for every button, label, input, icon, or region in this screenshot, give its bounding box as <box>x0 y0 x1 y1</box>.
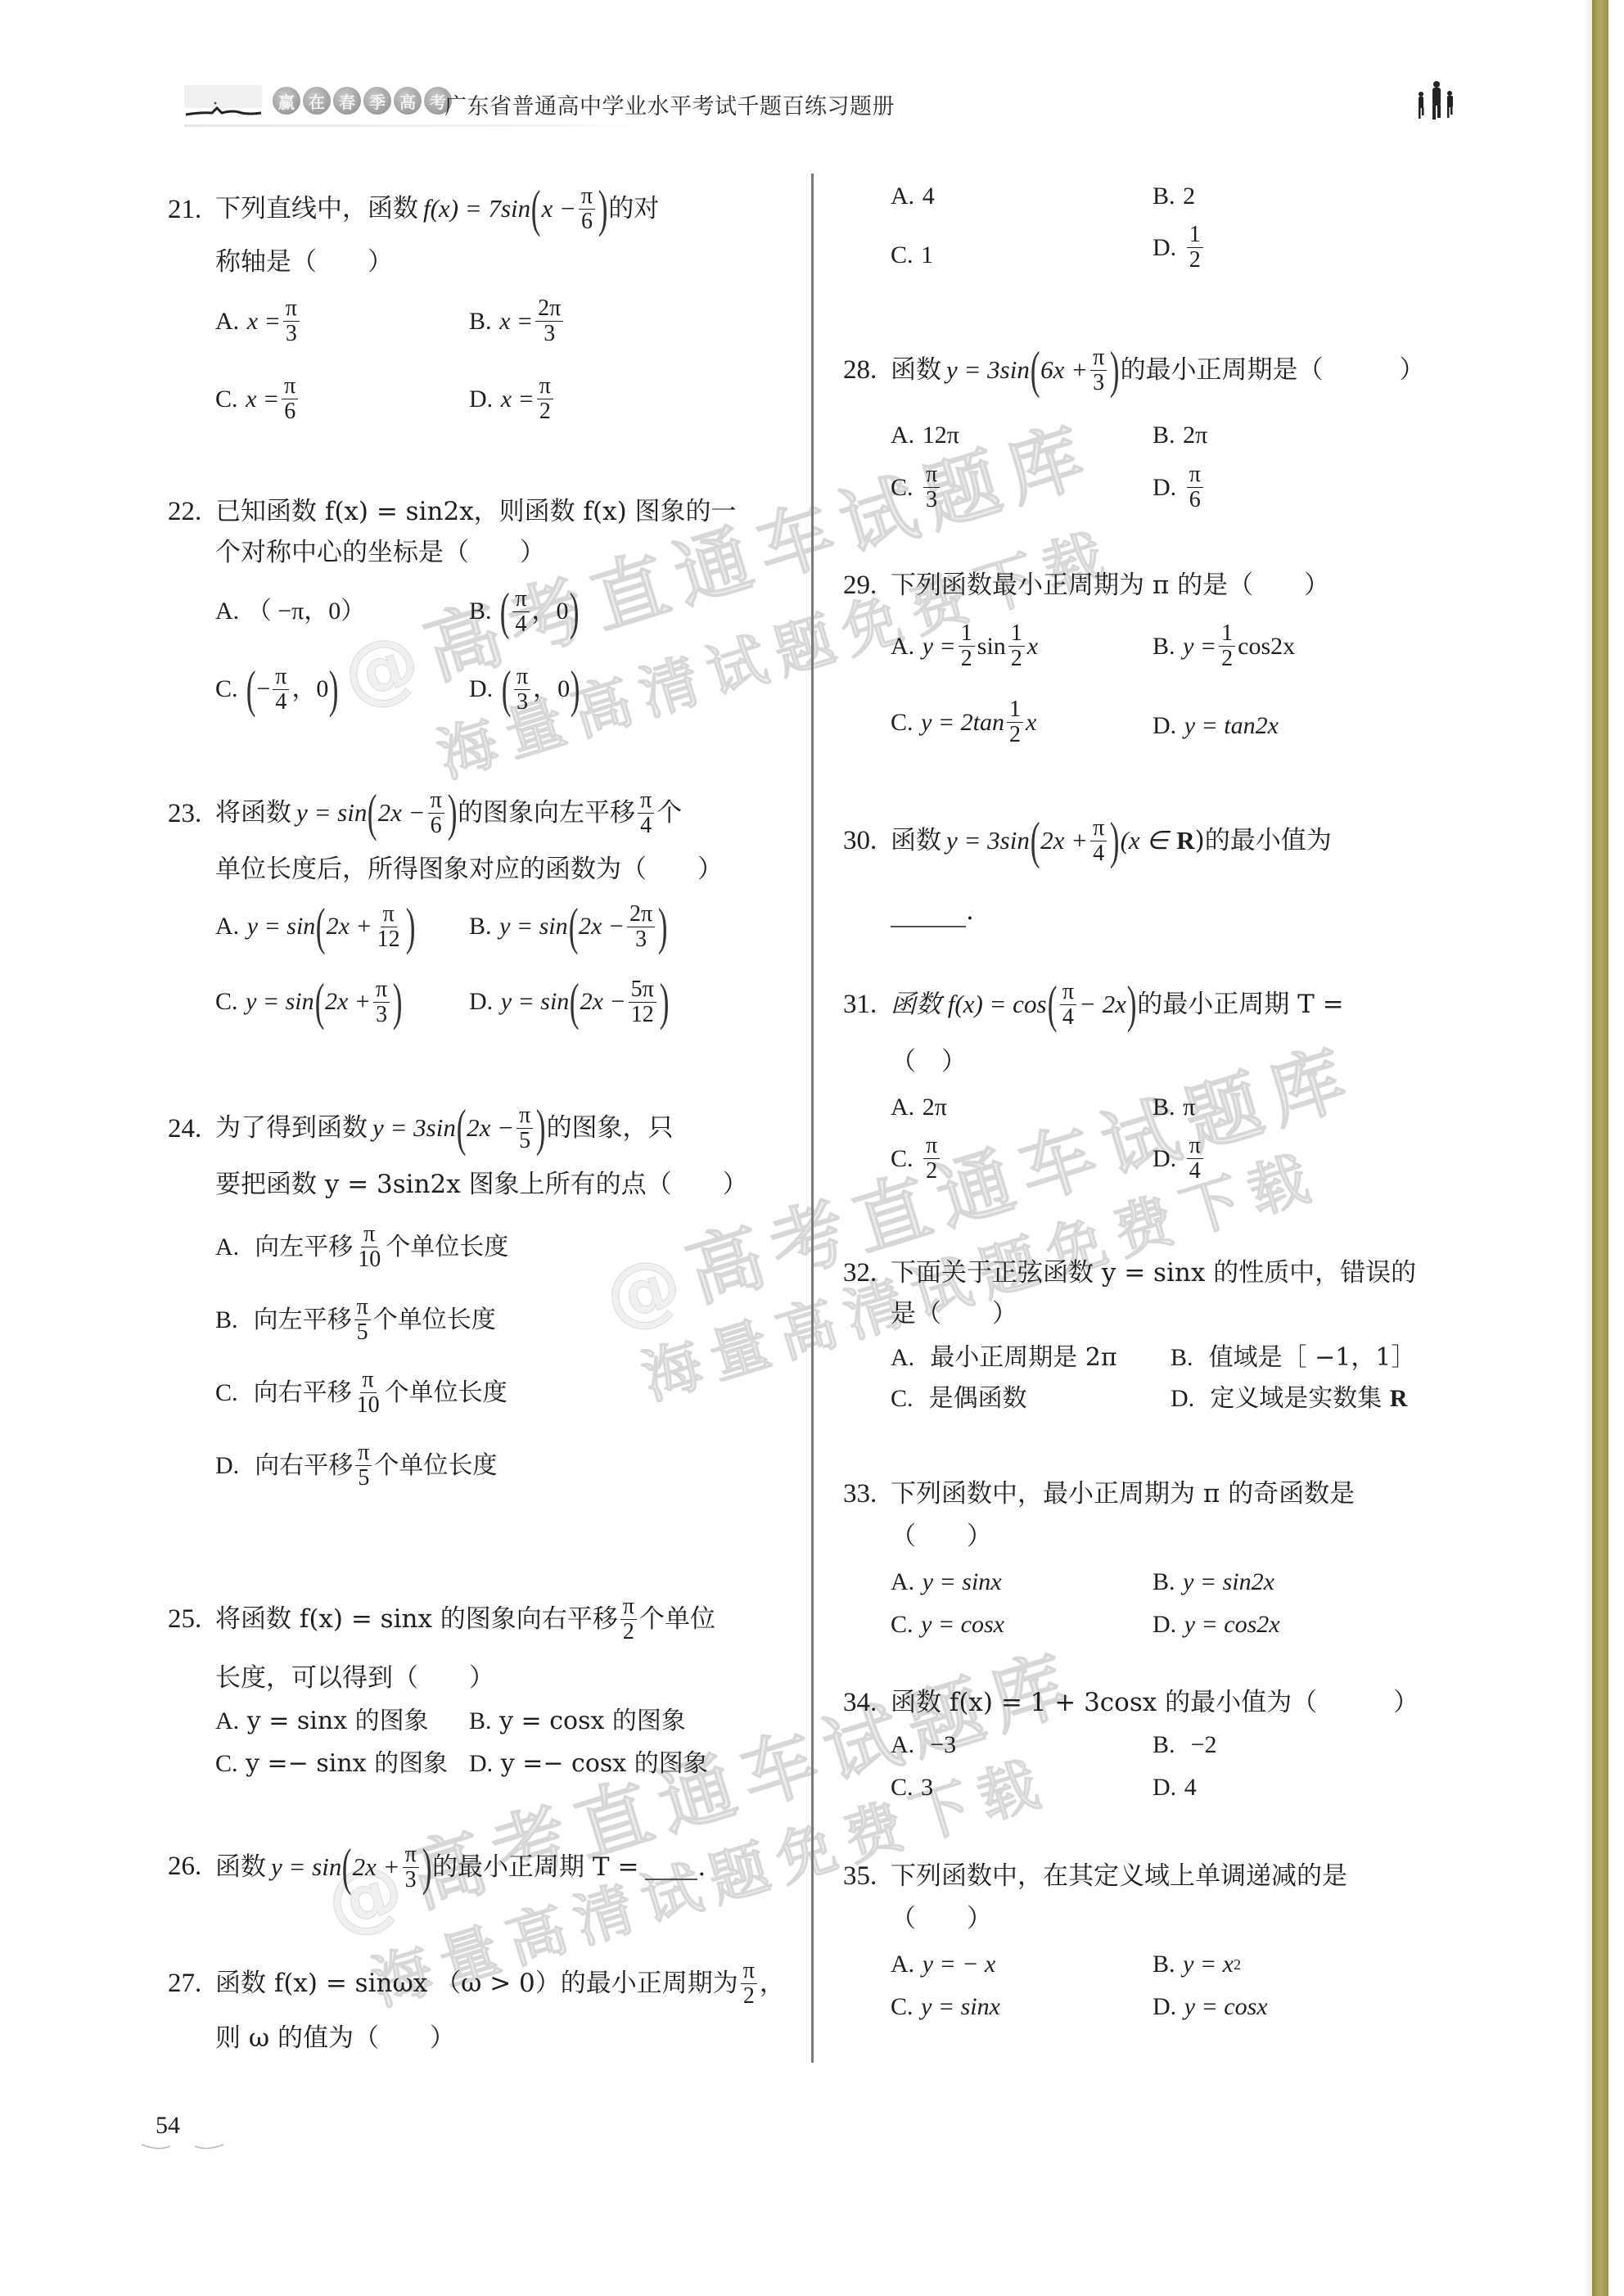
fraction-numerator: 1 <box>1187 223 1203 248</box>
text-segment: y = <box>1183 630 1216 663</box>
text-segment: 将函数 f(x) = sinx 的图象向右平移 <box>215 1603 618 1635</box>
fraction-numerator: π <box>403 1843 419 1868</box>
option-a[interactable]: A. 向左平移 π10个单位长度 <box>215 1222 508 1272</box>
fraction: 12 <box>1187 223 1203 273</box>
text-segment: D. <box>1153 1143 1176 1175</box>
option-d[interactable]: D. 12 <box>1153 223 1206 273</box>
text-segment: C. <box>891 239 913 272</box>
fraction-numerator: π <box>537 374 553 399</box>
text-segment: y = 2tan <box>921 706 1004 739</box>
header-badges: 赢 在 春 季 高 考 <box>273 87 454 115</box>
text-segment: y = <box>923 630 956 663</box>
option-c[interactable]: C. 3 <box>891 1771 933 1804</box>
text-segment: （ −π，0） <box>247 595 366 628</box>
fraction-numerator: π <box>517 1103 533 1129</box>
text-segment: ，0 <box>291 673 328 706</box>
icon-graphic <box>186 108 261 115</box>
question-30: 30. 函数 y = 3sin (2x + π4 ) (x ∈ R)的最小值为 … <box>843 814 1547 929</box>
icon-graphic <box>1450 106 1453 115</box>
option-c[interactable]: C. π2 <box>891 1134 942 1184</box>
text-segment: （ ） <box>891 1045 967 1078</box>
text-segment: 2x − <box>580 986 626 1018</box>
text-segment: 为了得到函数 <box>215 1112 368 1144</box>
fraction: π10 <box>354 1368 382 1418</box>
fraction: π3 <box>373 977 390 1027</box>
text-segment: 4 <box>1184 1771 1197 1804</box>
text-segment: y = sin <box>296 796 367 829</box>
fraction: 12 <box>1219 621 1235 671</box>
question-stem-line: 已知函数 f(x) = sin2x，则函数 f(x) 图象的一 <box>215 495 737 528</box>
text-segment: A. <box>891 180 914 213</box>
fraction: 12 <box>1007 697 1023 747</box>
icon-graphic <box>1447 106 1450 118</box>
fraction-denominator: 2 <box>620 1620 637 1644</box>
option-a[interactable]: A. x = π3 <box>215 296 302 346</box>
text-segment: C. <box>891 1991 913 2023</box>
fraction: π5 <box>354 1295 371 1345</box>
option-d[interactable]: D. y = cos2x <box>1153 1608 1280 1641</box>
question-number: 23. <box>168 797 201 830</box>
text-segment: A. <box>215 305 239 338</box>
text-segment: x = <box>247 305 281 338</box>
fraction-numerator: π <box>428 788 444 814</box>
text-segment: π <box>1183 1091 1195 1124</box>
text-segment: B. <box>1153 1729 1175 1761</box>
fraction-numerator: π <box>923 462 940 488</box>
parenthesis: ( <box>368 787 377 839</box>
fraction: 5π12 <box>629 977 656 1027</box>
fraction-numerator: π <box>638 788 654 814</box>
text-segment: 2π <box>1183 419 1207 452</box>
text-segment: D. <box>1153 471 1176 504</box>
text-segment: 的图象，只 <box>547 1112 674 1144</box>
option-b[interactable]: B. 2π <box>1153 419 1207 452</box>
parenthesis: ) <box>658 900 668 953</box>
text-segment: D. <box>469 986 493 1018</box>
fraction-numerator: π <box>514 665 530 690</box>
parenthesis: ( <box>316 900 326 953</box>
text-segment: A. <box>891 1948 914 1981</box>
fraction-denominator: 3 <box>514 690 530 715</box>
text-segment: y = cosx <box>1184 1991 1268 2023</box>
question-26: 26. 函数 y = sin (2x + π3 ) 的最小正周期 T = . <box>168 1842 790 1899</box>
option-b[interactable]: B. ( π4 ，0) <box>469 585 580 638</box>
fraction-denominator: 2 <box>1219 647 1235 671</box>
option-c[interactable]: C. π3 <box>891 462 942 512</box>
fraction-denominator: 3 <box>283 322 300 346</box>
answer-blank[interactable] <box>891 918 966 927</box>
option-a[interactable]: A. y = sin (2x + π12) <box>215 900 416 953</box>
header-badge: 赢 <box>273 87 300 115</box>
fraction: π4 <box>273 665 289 715</box>
fraction: π2 <box>537 374 553 424</box>
question-stem-line: 函数 f(x) = sinωx （ω > 0）的最小正周期为 π2 ， <box>215 1960 785 2006</box>
text-segment: A. <box>215 595 239 628</box>
text-segment: 2 <box>1183 180 1195 213</box>
fraction-denominator: 2 <box>1008 647 1025 671</box>
fraction-denominator: 10 <box>354 1393 382 1418</box>
question-stem-line: 函数 y = 3sin (6x + π3 ) 的最小正周期是（ ） <box>891 344 1425 396</box>
option-b[interactable]: B. y = cosx 的图象 <box>469 1705 686 1738</box>
icon-graphic <box>1437 105 1441 118</box>
text-segment: . <box>697 1851 706 1883</box>
question-34: 34. 函数 f(x) = 1 + 3cosx 的最小值为（ ） A. −3 B… <box>843 1686 1547 1809</box>
text-segment: D. <box>1171 1383 1194 1415</box>
question-stem-line: 要把函数 y = 3sin2x 图象上所有的点（ ） <box>215 1168 748 1201</box>
text-segment: A. <box>215 910 239 943</box>
fraction-numerator: π <box>579 184 595 210</box>
running-figures-icon <box>1412 78 1461 123</box>
icon-graphic <box>1447 96 1453 107</box>
text-segment: 的最小正周期 T = <box>1137 988 1343 1021</box>
option-d[interactable]: D. y = cosx <box>1153 1991 1268 2023</box>
answer-blank[interactable] <box>645 1854 697 1880</box>
fraction-denominator: 4 <box>512 612 529 637</box>
question-24: 24. 为了得到函数 y = 3sin (2x − π5 ) 的图象，只 要把函… <box>168 1101 790 1527</box>
option-a[interactable]: A. y = 12sin 12x <box>891 621 1038 671</box>
text-segment: （ ） <box>891 1520 992 1553</box>
option-d[interactable]: D. y = tan2x <box>1153 710 1279 742</box>
text-segment: 函数 <box>891 824 941 857</box>
text-segment: 的最小正周期 T = <box>432 1851 638 1883</box>
option-b[interactable]: B. 值域是［ −1，1］ <box>1171 1342 1415 1374</box>
text-segment: 2x − <box>579 910 625 943</box>
text-segment: 的图象向左平移 <box>458 796 635 829</box>
fraction-denominator: 2 <box>1007 723 1023 747</box>
text-segment: D. <box>1153 232 1176 264</box>
question-number: 31. <box>843 988 877 1021</box>
option-d[interactable]: D. 向右平移 π5个单位长度 <box>215 1441 497 1491</box>
parenthesis: ( <box>568 900 578 953</box>
option-b[interactable]: B. x = 2π3 <box>469 296 566 346</box>
parenthesis: ) <box>393 976 403 1028</box>
fraction-denominator: 10 <box>355 1247 383 1272</box>
text-segment: 1 <box>921 239 933 272</box>
text-segment: 2 <box>1234 1948 1241 1981</box>
text-segment: 将函数 <box>215 796 291 829</box>
fraction-numerator: π <box>1060 980 1076 1005</box>
text-segment: 函数 f(x) = cos <box>891 988 1047 1021</box>
text-segment: D. <box>215 1450 239 1482</box>
page-number-ornament-icon <box>138 2140 228 2152</box>
text-segment: 则 ω 的值为（ ） <box>215 2022 455 2055</box>
text-segment: 称轴是（ ） <box>215 246 393 278</box>
text-segment: C. <box>891 1771 913 1804</box>
text-segment: C. <box>891 706 913 739</box>
text-segment: y = − x <box>923 1948 996 1981</box>
option-d[interactable]: D. π6 <box>1153 462 1206 512</box>
parenthesis: ) <box>569 585 579 638</box>
option-b[interactable]: B. π <box>1153 1091 1195 1124</box>
option-a[interactable]: A. y = sinx 的图象 <box>215 1705 429 1738</box>
question-number: 29. <box>843 569 877 602</box>
option-b[interactable]: B. −2 <box>1153 1729 1217 1761</box>
text-segment: y = x <box>1183 1948 1234 1981</box>
option-b[interactable]: B. y = sin2x <box>1153 1566 1274 1599</box>
text-segment: C. <box>215 1748 238 1780</box>
question-number: 21. <box>168 193 201 226</box>
parenthesis: ) <box>571 663 580 715</box>
question-27: 27. 函数 f(x) = sinωx （ω > 0）的最小正周期为 π2 ， … <box>168 1960 790 2067</box>
fraction: 12 <box>959 621 975 671</box>
question-number: 35. <box>843 1860 877 1892</box>
fraction-denominator: 4 <box>273 690 289 715</box>
text-segment: y =− sinx 的图象 <box>246 1748 448 1780</box>
option-c[interactable]: C. x = π6 <box>215 374 300 424</box>
text-segment: y =− cosx 的图象 <box>501 1748 708 1780</box>
text-segment: C. <box>215 673 238 706</box>
fraction-numerator: π <box>620 1595 637 1620</box>
option-d[interactable]: D. π4 <box>1153 1134 1206 1184</box>
parenthesis: ) <box>422 1841 432 1893</box>
option-a[interactable]: A. y = sinx <box>891 1566 1002 1599</box>
question-stem-line: 函数 y = 3sin (2x + π4 ) (x ∈ R)的最小值为 <box>891 814 1332 867</box>
question-stem-line: 长度，可以得到（ ） <box>215 1662 494 1694</box>
text-segment: y = sin2x <box>1183 1566 1274 1599</box>
text-segment: 向左平移 <box>255 1231 353 1264</box>
option-c[interactable]: C. 向右平移 π10个单位长度 <box>215 1368 508 1418</box>
option-d[interactable]: D. y = sin (2x − 5π12) <box>469 976 670 1028</box>
fraction-denominator: 3 <box>541 322 557 346</box>
fraction: π5 <box>517 1103 533 1153</box>
fraction-numerator: 2π <box>627 902 655 927</box>
parenthesis: ) <box>598 183 608 235</box>
text-segment: 个 <box>656 796 682 829</box>
question-number: 22. <box>168 495 201 528</box>
icon-graphic <box>184 85 262 120</box>
text-segment: C. <box>215 383 238 416</box>
option-a[interactable]: A. −3 <box>891 1729 956 1761</box>
text-segment: x = <box>501 383 535 416</box>
option-c[interactable]: C. y = sinx <box>891 1991 1000 2023</box>
parenthesis: ( <box>1047 978 1057 1031</box>
fraction-denominator: 12 <box>375 927 403 952</box>
fraction: 12 <box>1008 621 1025 671</box>
question-stem-line: （ ） <box>891 1520 992 1553</box>
option-d[interactable]: D. 4 <box>1153 1771 1197 1804</box>
page-edge-strip <box>1592 0 1608 2296</box>
text-segment: A. <box>891 630 914 663</box>
question-number: 34. <box>843 1686 877 1719</box>
fraction: π3 <box>403 1843 419 1892</box>
icon-graphic <box>1419 97 1423 108</box>
option-a[interactable]: A. （ −π，0） <box>215 595 365 628</box>
text-segment: y = sinx <box>923 1566 1002 1599</box>
option-a[interactable]: A. 4 <box>891 180 935 213</box>
text-segment: y = 3sin <box>946 824 1030 857</box>
option-c[interactable]: C. (− π4 ，0) <box>215 663 340 715</box>
fraction: π6 <box>579 184 595 234</box>
text-segment: )的最小值为 <box>1195 824 1332 857</box>
parenthesis: ) <box>1110 814 1120 867</box>
text-segment: x − <box>541 192 575 225</box>
fraction-denominator: 2 <box>923 1159 940 1184</box>
parenthesis: ( <box>502 663 512 715</box>
option-c[interactable]: C. y = 2tan 12x <box>891 697 1036 747</box>
text-segment: (x ∈ <box>1121 824 1169 857</box>
option-a[interactable]: A. y = − x <box>891 1948 995 1981</box>
text-segment: 3 <box>921 1771 933 1804</box>
text-segment: 个单位长度 <box>373 1304 496 1337</box>
text-segment: − <box>256 673 270 706</box>
fraction-denominator: 3 <box>1090 371 1107 395</box>
option-d[interactable]: D. y =− cosx 的图象 <box>469 1748 708 1780</box>
question-number: 30. <box>843 824 877 857</box>
text-segment: B. <box>1153 1948 1175 1981</box>
option-c[interactable]: C. y = sin (2x + π3) <box>215 976 403 1028</box>
parenthesis: ( <box>570 976 580 1028</box>
text-segment: 函数 f(x) = 1 + 3cosx 的最小值为（ ） <box>891 1686 1419 1719</box>
text-segment: 向右平移 <box>255 1450 353 1482</box>
question-stem-line: 下列函数最小正周期为 π 的是（ ） <box>891 569 1329 602</box>
text-segment: 长度，可以得到（ ） <box>215 1662 494 1694</box>
text-segment: 的最小正周期是（ ） <box>1121 354 1425 386</box>
fraction: π6 <box>428 788 444 838</box>
option-a[interactable]: A. 最小正周期是 2π <box>891 1342 1117 1374</box>
fraction: π4 <box>1090 816 1107 866</box>
option-a[interactable]: A. 2π <box>891 1091 947 1124</box>
parenthesis: ) <box>405 900 415 953</box>
book-title: 广东省普通高中学业水平考试千题百练习题册 <box>444 88 895 120</box>
text-segment: 函数 <box>891 354 941 386</box>
page-header: 赢 在 春 季 高 考 广东省普通高中学业水平考试千题百练习题册 <box>184 82 1494 131</box>
text-segment: 2π <box>923 1091 947 1124</box>
page-edge-shadow <box>1584 0 1592 2296</box>
icon-graphic <box>184 85 262 108</box>
text-segment: D. <box>469 673 493 706</box>
question-stem-line: （ ） <box>891 1902 992 1935</box>
parenthesis: ) <box>329 663 339 715</box>
question-number: 26. <box>168 1850 201 1883</box>
icon-graphic <box>1433 81 1440 88</box>
option-d[interactable]: D. 定义域是实数集 R <box>1171 1383 1407 1415</box>
text-segment: 的对 <box>608 192 659 225</box>
question-number: 33. <box>843 1477 877 1510</box>
text-segment: A. <box>215 1705 239 1738</box>
text-segment: . <box>966 895 974 927</box>
text-segment: A. <box>891 1729 914 1761</box>
option-b[interactable]: B. y = 12cos2x <box>1153 621 1295 671</box>
option-b[interactable]: B. y = sin (2x − 2π3) <box>469 900 668 953</box>
text-segment: B. <box>1153 180 1175 213</box>
fraction-numerator: 2π <box>535 296 563 322</box>
question-21: 21. 下列直线中，函数 f(x) = 7sin ( x − π6 ) 的对 称… <box>168 182 790 444</box>
fraction-numerator: π <box>355 1441 372 1466</box>
text-segment: y = cosx <box>921 1608 1004 1641</box>
text-segment: −3 <box>930 1729 956 1761</box>
text-segment: 下列函数中，在其定义域上单调递减的是 <box>891 1860 1347 1892</box>
fraction-denominator: 6 <box>579 210 595 234</box>
fraction: π5 <box>355 1441 372 1491</box>
fraction-denominator: 3 <box>403 1868 419 1892</box>
icon-graphic <box>1422 107 1424 115</box>
text-segment: 值域是［ −1，1］ <box>1209 1342 1416 1374</box>
text-segment: ，0 <box>533 673 570 706</box>
text-segment: y = 3sin <box>372 1112 456 1144</box>
fraction: π2 <box>741 1959 757 2009</box>
text-segment: 2x + <box>325 986 371 1018</box>
icon-graphic <box>1419 107 1421 119</box>
fraction-denominator: 4 <box>1060 1005 1076 1030</box>
text-segment: −2 <box>1191 1729 1217 1761</box>
question-stem-line: 下面关于正弦函数 y = sinx 的性质中，错误的 <box>891 1256 1416 1289</box>
text-segment: C. <box>891 471 913 504</box>
text-segment: 2x + <box>327 910 372 943</box>
option-c[interactable]: C. y = cosx <box>891 1608 1004 1641</box>
fraction: π3 <box>923 462 940 512</box>
text-segment: B. <box>469 595 492 628</box>
option-c[interactable]: C. 1 <box>891 239 933 272</box>
text-segment: D. <box>1153 1991 1176 2023</box>
option-c[interactable]: C. y =− sinx 的图象 <box>215 1748 448 1780</box>
fraction-denominator: 4 <box>638 814 654 838</box>
question-stem-line: 将函数 y = sin (2x − π6 ) 的图象向左平移 π4 个 <box>215 786 682 840</box>
mountain-logo-icon <box>184 85 262 120</box>
icon-graphic <box>1432 105 1436 120</box>
header-badge: 春 <box>333 87 361 115</box>
fraction: π4 <box>1060 980 1076 1030</box>
fraction-numerator: 1 <box>1007 697 1023 723</box>
text-segment: B. <box>469 305 492 338</box>
option-d[interactable]: D. x = π2 <box>469 374 556 424</box>
option-a[interactable]: A. 12π <box>891 419 959 452</box>
question-31: 31. 函数 f(x) = cos ( π4 − 2x ) 的最小正周期 T =… <box>843 978 1547 1199</box>
text-segment: R <box>1390 1383 1408 1415</box>
text-segment: cos2x <box>1238 630 1295 663</box>
text-segment: C. <box>215 1377 238 1410</box>
icon-graphic <box>1419 92 1423 97</box>
icon-graphic <box>214 102 217 105</box>
header-badge: 在 <box>303 87 331 115</box>
text-segment: y = cosx 的图象 <box>499 1705 686 1738</box>
text-segment: − 2x <box>1079 988 1126 1021</box>
option-d[interactable]: D. ( π3 ，0) <box>469 663 580 715</box>
fraction-denominator: 4 <box>1187 1159 1203 1184</box>
option-b[interactable]: B. 向左平移 π5个单位长度 <box>215 1295 496 1345</box>
question-27-options: A. 4 B. 2 C. 1 D. 12 <box>843 172 1547 286</box>
icon-graphic <box>1419 81 1453 120</box>
fraction: π3 <box>514 665 530 715</box>
question-number: 27. <box>168 1967 201 2000</box>
question-number: 25. <box>168 1603 201 1635</box>
question-stem-line: 下列函数中，在其定义域上单调递减的是 <box>891 1860 1347 1892</box>
text-segment: D. <box>469 383 493 416</box>
text-segment: 已知函数 f(x) = sin2x，则函数 f(x) 图象的一 <box>215 495 737 528</box>
fraction-denominator: 2 <box>959 647 975 671</box>
fraction-denominator: 12 <box>629 1003 656 1027</box>
option-b[interactable]: B. y = x2 <box>1153 1948 1241 1981</box>
text-segment: 个单位长度 <box>385 1377 508 1410</box>
option-c[interactable]: C. 是偶函数 <box>891 1383 1027 1415</box>
question-number: 32. <box>843 1256 877 1289</box>
fraction: π3 <box>283 296 300 346</box>
fraction-denominator: 6 <box>282 399 298 424</box>
text-segment: 向左平移 <box>254 1304 352 1337</box>
text-segment: y = sin <box>246 986 314 1018</box>
option-b[interactable]: B. 2 <box>1153 180 1195 213</box>
fraction-denominator: 3 <box>373 1003 390 1027</box>
text-segment: y = cos2x <box>1184 1608 1280 1641</box>
text-segment: B. <box>1153 419 1175 452</box>
icon-graphic <box>1447 91 1452 96</box>
text-segment: 下面关于正弦函数 y = sinx 的性质中，错误的 <box>891 1256 1416 1289</box>
fraction: 2π3 <box>627 902 655 952</box>
text-segment: B. <box>215 1304 238 1337</box>
fraction-numerator: π <box>283 296 300 322</box>
text-segment: D. <box>1153 1771 1176 1804</box>
question-number: 28. <box>843 354 877 386</box>
question-stem-line: 将函数 f(x) = sinx 的图象向右平移 π2 个单位 <box>215 1596 715 1642</box>
